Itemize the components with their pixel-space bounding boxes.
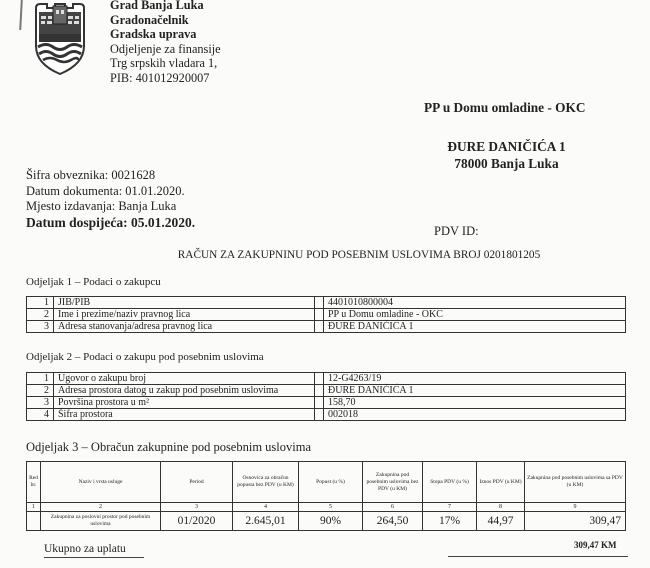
table-row: 3 Adresa stanovanja/adresa pravnog lica … — [27, 321, 626, 333]
coat-of-arms-icon — [33, 2, 87, 76]
total-underline — [448, 556, 628, 557]
invoice-title: RAČUN ZA ZAKUPNINU POD POSEBNIM USLOVIMA… — [0, 249, 650, 261]
col-header: Popust (u %) — [299, 462, 363, 503]
row-number: 1 — [27, 373, 54, 385]
col-header: Zakupnina pod posebnim uslovima sa PDV (… — [525, 462, 626, 503]
vat-rate: 17% — [423, 512, 477, 531]
spacer-cell — [315, 373, 324, 385]
col-header: Red br. — [27, 462, 41, 503]
row-label: Šifra prostora — [54, 409, 315, 421]
discount-base: 2.645,01 — [233, 512, 299, 531]
col-header: Zakupnina pod posebnim uslovima bez PDV … — [363, 462, 423, 503]
col-header: Naziv i vrsta usluge — [41, 462, 161, 503]
pdv-id: PDV ID: — [434, 224, 479, 239]
spacer-cell — [315, 385, 324, 397]
issuer-pib: PIB: 401012920007 — [110, 71, 221, 86]
col-index: 8 — [477, 503, 525, 512]
row-number: 3 — [27, 321, 54, 333]
row-number: 3 — [27, 397, 54, 409]
row-value: 158,70 — [324, 397, 626, 409]
col-index: 3 — [161, 503, 233, 512]
row-label: JIB/PIB — [54, 297, 315, 309]
spacer-cell — [315, 321, 324, 333]
issuer-admin: Gradska uprava — [110, 27, 221, 42]
section2-heading: Odjeljak 2 – Podaci o zakupu pod posebni… — [26, 351, 264, 363]
row-value: ĐURE DANIČIĆA 1 — [324, 385, 626, 397]
issuer-mayor: Gradonačelnik — [110, 13, 221, 28]
issuer-block: Grad Banja Luka Gradonačelnik Gradska up… — [110, 0, 221, 85]
taxpayer-code: Šifra obveznika: 0021628 — [26, 168, 195, 184]
col-header: Osnovica za obračun popusta bez PDV (u K… — [233, 462, 299, 503]
row-label: Adresa prostora datog u zakup pod posebn… — [54, 385, 315, 397]
net-rent: 264,50 — [363, 512, 423, 531]
discount-percent: 90% — [299, 512, 363, 531]
row-value: PP u Domu omladine - OKC — [324, 309, 626, 321]
spacer-cell — [315, 297, 324, 309]
row-value: 4401010800004 — [324, 297, 626, 309]
due-date: Datum dospijeća: 05.01.2020. — [26, 215, 195, 231]
row-label: Adresa stanovanja/adresa pravnog lica — [54, 321, 315, 333]
table-row: 1 Ugovor o zakupu broj 12-G4263/19 — [27, 373, 626, 385]
table-row: 2 Adresa prostora datog u zakup pod pose… — [27, 385, 626, 397]
col-index: 9 — [525, 503, 626, 512]
vat-amount: 44,97 — [477, 512, 525, 531]
row-label: Ime i prezime/naziv pravnog lica — [54, 309, 315, 321]
col-header: Period — [161, 462, 233, 503]
issue-place: Mjesto izdavanja: Banja Luka — [26, 199, 195, 215]
spacer-cell — [315, 397, 324, 409]
recipient-street: ĐURE DANIČIĆA 1 — [444, 138, 569, 155]
section1-heading: Odjeljak 1 – Podaci o zakupcu — [26, 276, 161, 288]
recipient-city: 78000 Banja Luka — [444, 155, 569, 172]
document-meta: Šifra obveznika: 0021628 Datum dokumenta… — [26, 168, 195, 230]
index-row: 1 2 3 4 5 6 7 8 9 — [27, 503, 626, 512]
row-number: 2 — [27, 385, 54, 397]
row-label: Površina prostora u m² — [54, 397, 315, 409]
tenant-table: 1 JIB/PIB 4401010800004 2 Ime i prezime/… — [26, 296, 626, 333]
row-number: 1 — [27, 297, 54, 309]
margin-mark — [19, 0, 23, 30]
col-header: Stopa PDV (u %) — [423, 462, 477, 503]
lease-table: 1 Ugovor o zakupu broj 12-G4263/19 2 Adr… — [26, 372, 626, 421]
col-index: 4 — [233, 503, 299, 512]
row-number — [27, 512, 41, 531]
issuer-department: Odjeljenje za finansije — [110, 42, 221, 57]
col-index: 1 — [27, 503, 41, 512]
calculation-table: Red br. Naziv i vrsta usluge Period Osno… — [26, 461, 626, 531]
col-index: 5 — [299, 503, 363, 512]
total-amount: 309,47 KM — [574, 540, 617, 550]
row-value: 002018 — [324, 409, 626, 421]
col-header: Iznos PDV (u KM) — [477, 462, 525, 503]
table-row: 3 Površina prostora u m² 158,70 — [27, 397, 626, 409]
issuer-address: Trg srpskih vladara 1, — [110, 56, 221, 71]
recipient-name: PP u Domu omladine - OKC — [424, 100, 585, 116]
spacer-cell — [315, 409, 324, 421]
row-value: ĐURE DANIČIĆA 1 — [324, 321, 626, 333]
row-number: 2 — [27, 309, 54, 321]
service-name: Zakupnina za poslovni prostor pod posebn… — [41, 512, 161, 531]
table-row: 4 Šifra prostora 002018 — [27, 409, 626, 421]
recipient-address: ĐURE DANIČIĆA 1 78000 Banja Luka — [444, 138, 569, 172]
col-index: 2 — [41, 503, 161, 512]
col-index: 7 — [423, 503, 477, 512]
section3-heading: Odjeljak 3 – Obračun zakupnine pod poseb… — [26, 440, 311, 455]
row-number: 4 — [27, 409, 54, 421]
table-row: 2 Ime i prezime/naziv pravnog lica PP u … — [27, 309, 626, 321]
header-row: Red br. Naziv i vrsta usluge Period Osno… — [27, 462, 626, 503]
row-label: Ugovor o zakupu broj — [54, 373, 315, 385]
col-index: 6 — [363, 503, 423, 512]
table-row: Zakupnina za poslovni prostor pod posebn… — [27, 512, 626, 531]
issuer-city: Grad Banja Luka — [110, 0, 221, 13]
total-label: Ukupno za uplatu — [44, 543, 144, 558]
row-total: 309,47 — [525, 512, 626, 531]
table-row: 1 JIB/PIB 4401010800004 — [27, 297, 626, 309]
row-value: 12-G4263/19 — [324, 373, 626, 385]
document-date: Datum dokumenta: 01.01.2020. — [26, 184, 195, 200]
spacer-cell — [315, 309, 324, 321]
period: 01/2020 — [161, 512, 233, 531]
